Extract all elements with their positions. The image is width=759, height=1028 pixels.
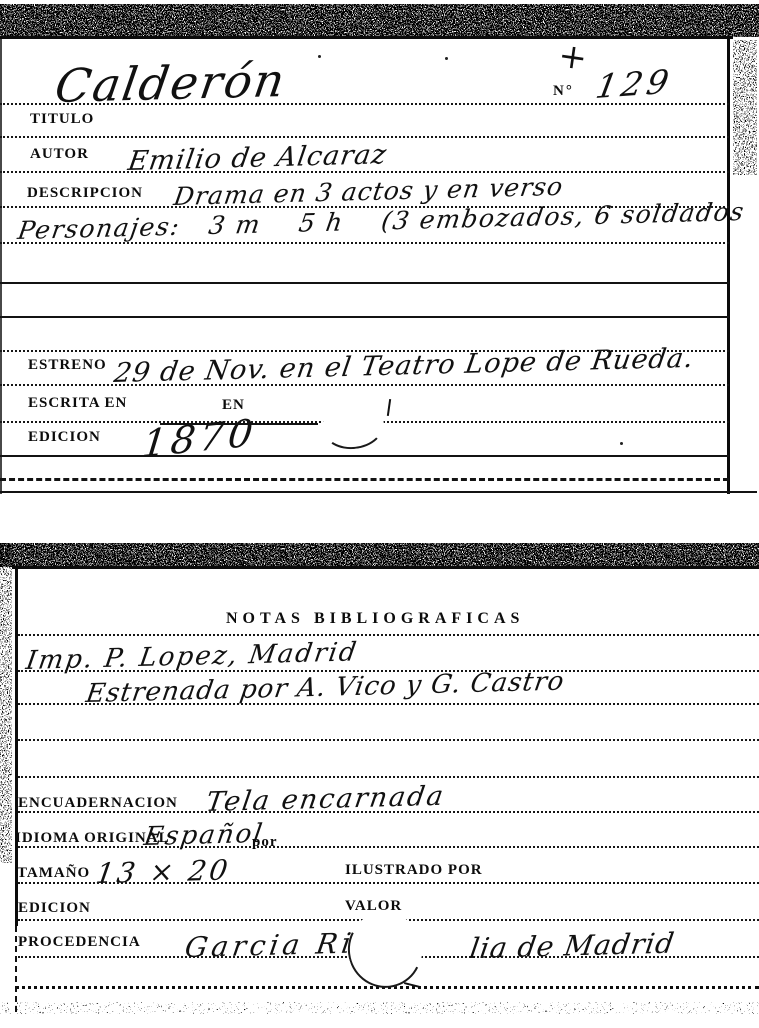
card1-top-border xyxy=(0,36,733,39)
ruled-line xyxy=(0,171,729,173)
card2-left-border-lower xyxy=(15,926,17,1012)
field-label-titulo: TITULO xyxy=(30,112,94,127)
field-value-procedencia-left: Garcia Ri xyxy=(183,929,357,963)
field-value-edicion: 1870 xyxy=(140,413,259,464)
field-label-ilustrado-por: ILUSTRADO POR xyxy=(345,863,483,878)
ruled-line xyxy=(18,634,759,636)
field-label-escrita-en: ESCRITA EN xyxy=(28,396,127,411)
field-label-encuadernacion: ENCUADERNACION xyxy=(18,796,178,811)
paper-hole xyxy=(338,902,432,997)
field-value-autor: Emilio de Alcaraz xyxy=(126,141,389,176)
ruled-line xyxy=(0,136,729,138)
cross-mark: + xyxy=(556,38,589,77)
speckle-band-top xyxy=(0,4,759,37)
pen-tick-mark xyxy=(387,399,391,416)
notes-title: NOTAS BIBLIOGRAFICAS xyxy=(226,611,524,627)
ruled-line xyxy=(0,316,729,318)
field-label-edicion: EDICION xyxy=(28,430,101,445)
speckle-band-card2 xyxy=(0,543,759,567)
field-label-autor: AUTOR xyxy=(30,147,89,162)
speckle-dust-bottom xyxy=(0,1002,759,1014)
document-scan: TITULO AUTOR DESCRIPCION ESTRENO ESCRITA… xyxy=(0,0,759,1028)
field-label-procedencia: PROCEDENCIA xyxy=(18,935,141,950)
field-label-descripcion: DESCRIPCION xyxy=(27,186,143,201)
field-label-edicion2: EDICION xyxy=(18,901,91,916)
ruled-line xyxy=(18,846,759,848)
ruled-line xyxy=(0,282,729,284)
number-value: 129 xyxy=(593,65,675,105)
card1-bottom-edge xyxy=(0,491,757,493)
ruled-line xyxy=(0,384,729,386)
ruled-line xyxy=(18,776,759,778)
number-label: N° xyxy=(553,84,574,99)
field-value-procedencia-right: lia de Madrid xyxy=(468,929,677,964)
field-value-encuadernacion: Tela encarnada xyxy=(204,783,447,818)
scan-artifact-dot xyxy=(445,57,448,60)
ruled-line xyxy=(0,455,729,457)
field-value-idioma-original: Español xyxy=(142,821,266,851)
ruled-line xyxy=(0,478,729,481)
scan-artifact-dot xyxy=(620,442,623,445)
speckle-strip-right xyxy=(733,40,757,175)
scan-artifact-dot xyxy=(318,55,321,58)
field-label-estreno: ESTRENO xyxy=(28,358,107,373)
field-label-tamano: TAMAÑO xyxy=(17,866,90,881)
heading-script-calderon: Calderón xyxy=(52,56,290,110)
field-label-valor: VALOR xyxy=(345,899,402,914)
ruled-line xyxy=(18,739,759,741)
field-value-tamano: 13 × 20 xyxy=(94,856,233,889)
paper-hole xyxy=(320,400,386,452)
card2-top-border xyxy=(12,566,759,569)
field-label-en: EN xyxy=(222,398,245,413)
speckle-strip-left xyxy=(0,543,12,863)
